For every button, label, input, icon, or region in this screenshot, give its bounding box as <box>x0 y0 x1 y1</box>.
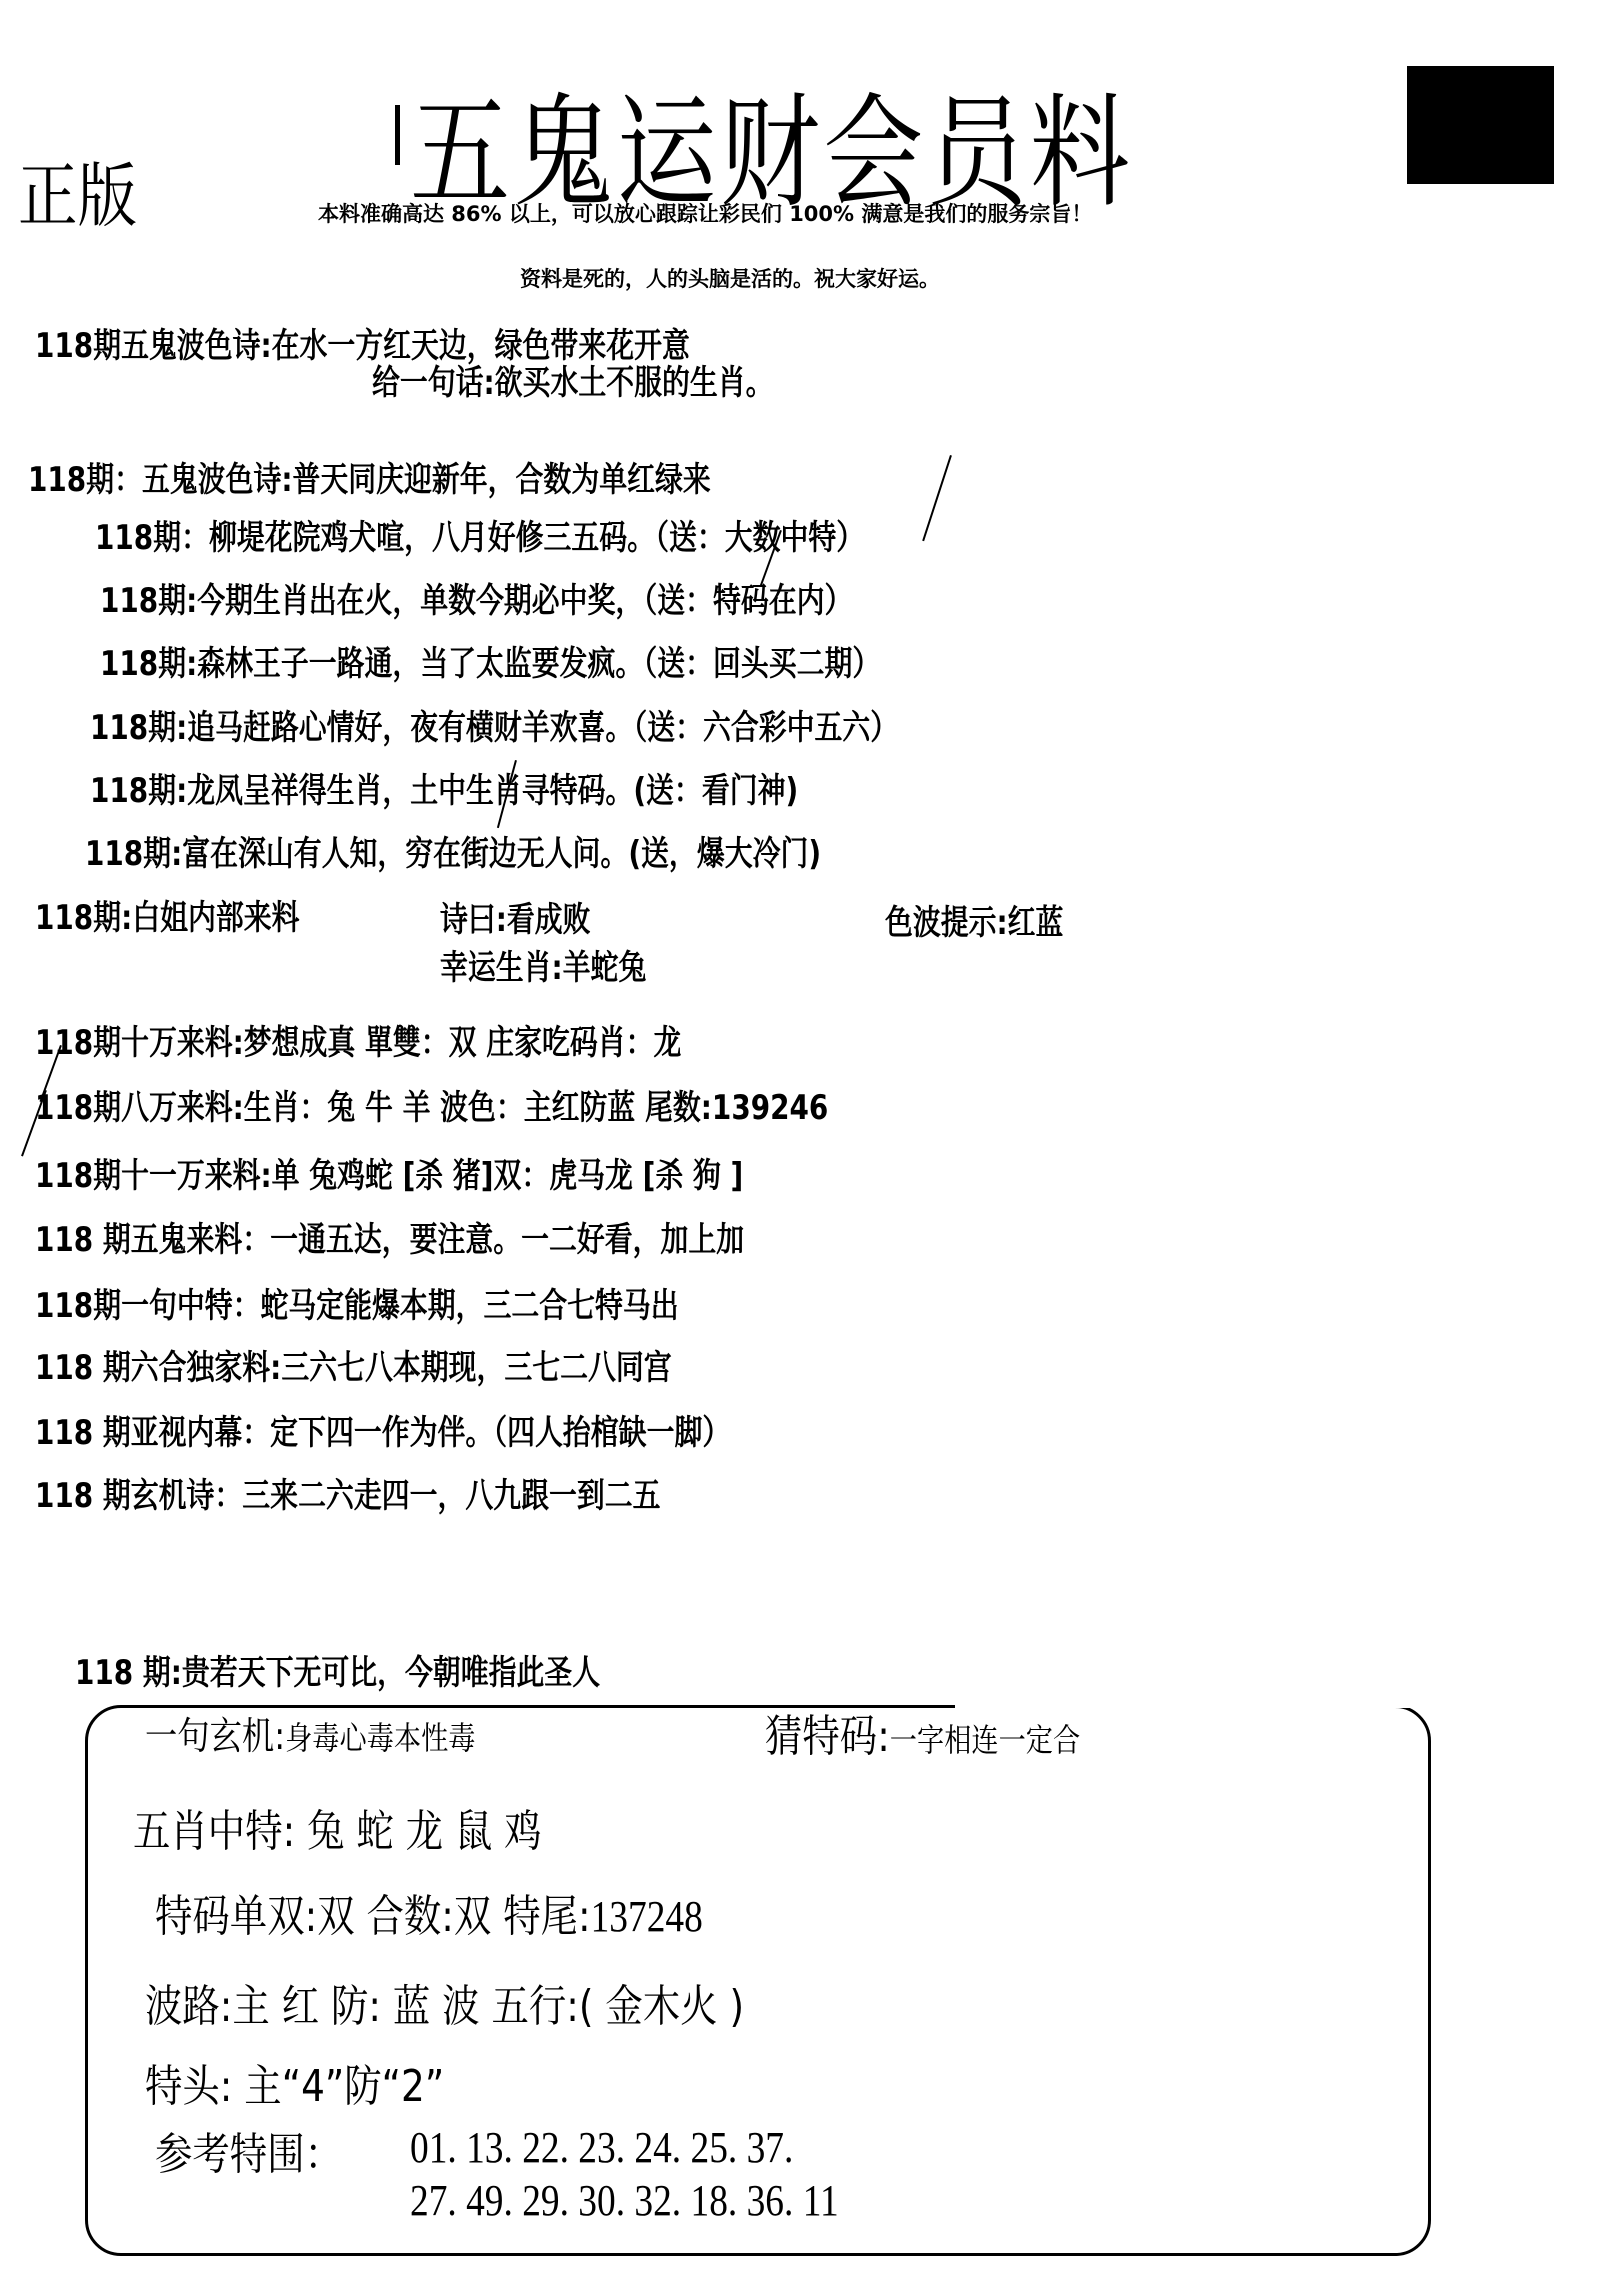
line-wave-poem: 118期：五鬼波色诗:普天同庆迎新年，合数为单红绿来 <box>28 452 711 501</box>
genuine-badge: 正版 <box>18 140 137 241</box>
box-xuanji: 一句玄机:身毒心毒本性毒 <box>145 1705 476 1760</box>
line-text: 一通五达，要注意。一二好看，加上加 <box>270 1220 744 1260</box>
line-wugui-material: 118 期五鬼来料：一通五达，要注意。一二好看，加上加 <box>35 1212 744 1261</box>
title-divider <box>395 105 400 165</box>
line-text: 普天同庆迎新年，合数为单红绿来 <box>293 460 711 500</box>
line-label: 118 期亚视内幕： <box>35 1413 270 1453</box>
pen-stroke <box>922 455 952 541</box>
line-atv-inside: 118 期亚视内幕：定下四一作为伴。（四人抬棺缺一脚） <box>35 1405 730 1454</box>
bolu-text: 主 红 防: 蓝 波 <box>232 1981 479 2032</box>
box-reference-label: 参考特围： <box>155 2118 342 2182</box>
box-odd-even: 特码单双:双 合数:双 特尾:137248 <box>155 1880 703 1944</box>
line-riddle-4: 118期:追马赶路心情好，夜有横财羊欢喜。（送：六合彩中五六） <box>90 700 898 749</box>
line-text: 富在深山有人知，穷在街边无人问。(送，爆大冷门) <box>182 834 821 874</box>
line-riddle-5: 118期:龙凤呈祥得生肖，土中生肖寻特码。(送：看门神) <box>90 763 798 812</box>
line-80k: 118期八万来料:生肖：兔 牛 羊 波色：主红防蓝 尾数:139246 <box>35 1080 828 1129</box>
line-label: 118 期五鬼来料： <box>35 1220 270 1260</box>
line-label: 幸运生肖: <box>440 948 563 988</box>
line-text: 龙凤呈祥得生肖，土中生肖寻特码。(送：看门神) <box>187 771 798 811</box>
line-text: 森林王子一路通，当了太监要发疯。（送：回头买二期） <box>197 644 880 684</box>
line-liuhe-exclusive: 118 期六合独家料:三六七八本期现，三七二八同宫 <box>35 1340 672 1389</box>
line-label: 118期: <box>85 834 182 874</box>
line-label: 118 期玄机诗： <box>35 1476 242 1516</box>
cankao-label: 参考特围： <box>155 2129 342 2180</box>
line-text: 定下四一作为伴。（四人抬棺缺一脚） <box>270 1413 730 1453</box>
line-poem-says: 诗曰:看成败 <box>440 892 591 941</box>
line-label: 118期: <box>35 898 132 938</box>
line-label: 118期一句中特： <box>35 1286 260 1326</box>
line-label: 118期八万来料: <box>35 1088 244 1128</box>
danshuang-label: 特码单双: <box>155 1891 317 1942</box>
line-text: 三来二六走四一，八九跟一到二五 <box>242 1476 660 1516</box>
line-riddle-2: 118期:今期生肖出在火，单数今期必中奖，（送：特码在内） <box>100 573 852 622</box>
tetou-label: 特头: <box>145 2061 232 2112</box>
line-label: 给一句话: <box>372 363 495 403</box>
line-label: 118期： <box>95 518 209 558</box>
danshuang-text: 双 <box>317 1891 354 1942</box>
xuanji-text: 身毒心毒本性毒 <box>285 1719 475 1757</box>
line-label: 118 期: <box>75 1653 182 1693</box>
subtitle-luck: 资料是死的，人的头脑是活的。祝大家好运。 <box>520 263 940 293</box>
line-one-sentence: 给一句话:欲买水土不服的生肖。 <box>372 355 773 404</box>
xuanji-label: 一句玄机: <box>145 1714 285 1758</box>
line-110k: 118期十一万来料:单 兔鸡蛇 [杀 猪]双：虎马龙 [杀 狗 ] <box>35 1148 743 1197</box>
subtitle-accuracy: 本料准确高达 86% 以上，可以放心跟踪让彩民们 100% 满意是我们的服务宗旨… <box>318 198 1092 228</box>
line-text: 单 兔鸡蛇 [杀 猪]双：虎马龙 [杀 狗 ] <box>272 1156 744 1196</box>
line-riddle-3: 118期:森林王子一路通，当了太监要发疯。（送：回头买二期） <box>100 636 880 685</box>
line-lucky-zodiac: 幸运生肖:羊蛇兔 <box>440 940 646 989</box>
line-one-sentence-special: 118期一句中特：蛇马定能爆本期，三二合七特马出 <box>35 1278 679 1327</box>
line-noble: 118 期:贵若天下无可比，今朝唯指此圣人 <box>75 1645 600 1694</box>
line-label: 118期: <box>100 581 197 621</box>
heshu-text: 双 <box>454 1891 491 1942</box>
line-text: 柳堤花院鸡犬喧，八月好修三五码。（送：大数中特） <box>209 518 864 558</box>
line-riddle-6: 118期:富在深山有人知，穷在街边无人问。(送，爆大冷门) <box>85 826 821 875</box>
reference-numbers-line-1: 01. 13. 22. 23. 24. 25. 37. <box>410 2122 793 2173</box>
line-label: 118 期六合独家料: <box>35 1348 281 1388</box>
caitema-text: 一字相连一定合 <box>890 1721 1080 1759</box>
line-text: 看成败 <box>507 900 591 940</box>
tewei-label: 特尾: <box>503 1891 590 1942</box>
wuxiao-label: 五肖中特: <box>133 1806 295 1857</box>
line-label: 118期: <box>90 771 187 811</box>
line-text: 今期生肖出在火，单数今期必中奖，（送：特码在内） <box>197 581 852 621</box>
bolu-label: 波路: <box>145 1981 232 2032</box>
tetou-text: 主“4”防“2” <box>244 2061 444 2112</box>
box-wave: 波路:主 红 防: 蓝 波 五行:( 金木火 ) <box>145 1970 744 2034</box>
line-color-hint: 色波提示:红蓝 <box>885 895 1063 944</box>
line-text: 白姐内部来料 <box>132 898 299 938</box>
line-text: 羊蛇兔 <box>563 948 647 988</box>
heshu-label: 合数: <box>367 1891 454 1942</box>
line-text: 生肖：兔 牛 羊 波色：主红防蓝 尾数:139246 <box>244 1088 829 1128</box>
line-text: 欲买水土不服的生肖。 <box>495 363 774 403</box>
line-mystery-poem: 118 期玄机诗：三来二六走四一，八九跟一到二五 <box>35 1468 661 1517</box>
line-label: 色波提示: <box>885 903 1008 943</box>
line-text: 红蓝 <box>1008 903 1064 943</box>
box-caitema: 猜特码:一字相连一定合 <box>765 1700 1080 1764</box>
line-label: 诗曰: <box>440 900 507 940</box>
line-baijie: 118期:白姐内部来料 <box>35 890 300 939</box>
line-text: 梦想成真 單雙：双 庄家吃码肖：龙 <box>244 1023 682 1063</box>
wuxing-label: 五行: <box>491 1981 578 2032</box>
caitema-label: 猜特码: <box>765 1711 890 1762</box>
line-label: 118期: <box>90 708 187 748</box>
box-tetou: 特头: 主“4”防“2” <box>145 2050 444 2114</box>
line-riddle-1: 118期：柳堤花院鸡犬喧，八月好修三五码。（送：大数中特） <box>95 510 864 559</box>
box-wuxiao: 五肖中特: 兔 蛇 龙 鼠 鸡 <box>133 1795 542 1859</box>
wuxing-text: ( 金木火 ) <box>579 1981 744 2032</box>
reference-numbers-line-2: 27. 49. 29. 30. 32. 18. 36. 11 <box>410 2175 839 2226</box>
tewei-text: 137248 <box>591 1892 703 1941</box>
line-label: 118期十一万来料: <box>35 1156 272 1196</box>
line-100k: 118期十万来料:梦想成真 單雙：双 庄家吃码肖：龙 <box>35 1015 681 1064</box>
line-label: 118期五鬼波色诗: <box>35 326 272 366</box>
line-label: 118期: <box>100 644 197 684</box>
redacted-block <box>1407 66 1554 184</box>
line-text: 三六七八本期现，三七二八同宫 <box>281 1348 671 1388</box>
line-label: 118期十万来料: <box>35 1023 244 1063</box>
wuxiao-text: 兔 蛇 龙 鼠 鸡 <box>307 1806 542 1857</box>
line-text: 贵若天下无可比，今朝唯指此圣人 <box>182 1653 600 1693</box>
line-text: 蛇马定能爆本期，三二合七特马出 <box>260 1286 678 1326</box>
line-text: 追马赶路心情好，夜有横财羊欢喜。（送：六合彩中五六） <box>187 708 898 748</box>
line-label: 118期：五鬼波色诗: <box>28 460 293 500</box>
